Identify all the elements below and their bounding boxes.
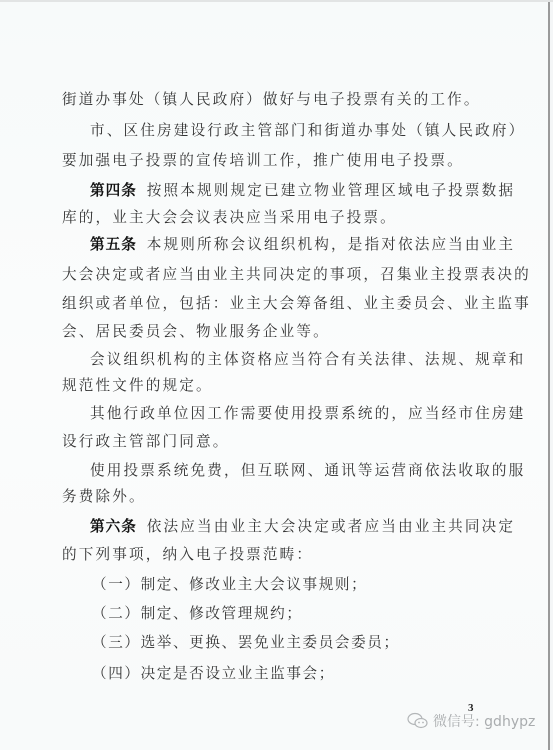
text-line: 组织或者单位，包括：业主大会筹备组、业主委员会、业主监事 [62, 295, 531, 313]
wechat-watermark: 微信号: gdhypz [407, 711, 535, 734]
list-item: （二）制定、修改管理规约； [92, 605, 303, 623]
article-heading: 第五条 [90, 236, 137, 253]
list-item: （四）决定是否设立业主监事会； [92, 665, 335, 683]
article-text: 按照本规则规定已建立物业管理区域电子投票数据 [147, 182, 515, 199]
article-heading: 第四条 [90, 182, 137, 199]
text-line: 的下列事项，纳入电子投票范畴： [62, 546, 313, 564]
article-text: 依法应当由业主大会决定或者应当由业主共同决定 [147, 518, 515, 535]
text-line: 设行政主管部门同意。 [62, 433, 229, 451]
text-line: 街道办事处（镇人民政府）做好与电子投票有关的工作。 [62, 91, 481, 109]
text-line: 规范性文件的规定。 [62, 377, 213, 395]
article-line: 第四条按照本规则规定已建立物业管理区域电子投票数据 [90, 182, 515, 200]
text-line: 使用投票系统免费，但互联网、通讯等运营商依法收取的服 [90, 462, 525, 480]
text-line: 其他行政单位因工作需要使用投票系统的，应当经市住房建 [90, 405, 525, 423]
text-line: 要加强电子投票的宣传培训工作，推广使用电子投票。 [62, 152, 464, 170]
text-line: 务费除外。 [62, 488, 146, 506]
page-top-edge [0, 0, 553, 2]
article-text: 本规则所称会议组织机构，是指对依法应当由业主 [147, 236, 515, 253]
watermark-text: 微信号: gdhypz [433, 714, 535, 730]
article-line: 第六条依法应当由业主大会决定或者应当由业主共同决定 [90, 518, 515, 536]
text-line: 大会决定或者应当由业主共同决定的事项，召集业主投票表决的 [62, 266, 531, 284]
text-line: 市、区住房建设行政主管部门和街道办事处（镇人民政府） [90, 122, 525, 140]
text-line: 会议组织机构的主体资格应当符合有关法律、法规、规章和 [90, 351, 525, 369]
list-item: （三）选举、更换、罢免业主委员会委员； [92, 634, 400, 652]
article-heading: 第六条 [90, 518, 137, 535]
wechat-icon [407, 712, 429, 734]
article-line: 第五条本规则所称会议组织机构，是指对依法应当由业主 [90, 236, 515, 254]
text-line: 库的，业主大会会议表决应当采用电子投票。 [62, 209, 397, 227]
list-item: （一）制定、修改业主大会议事规则； [92, 576, 367, 594]
text-line: 会、居民委员会、物业服务企业等。 [62, 323, 330, 341]
